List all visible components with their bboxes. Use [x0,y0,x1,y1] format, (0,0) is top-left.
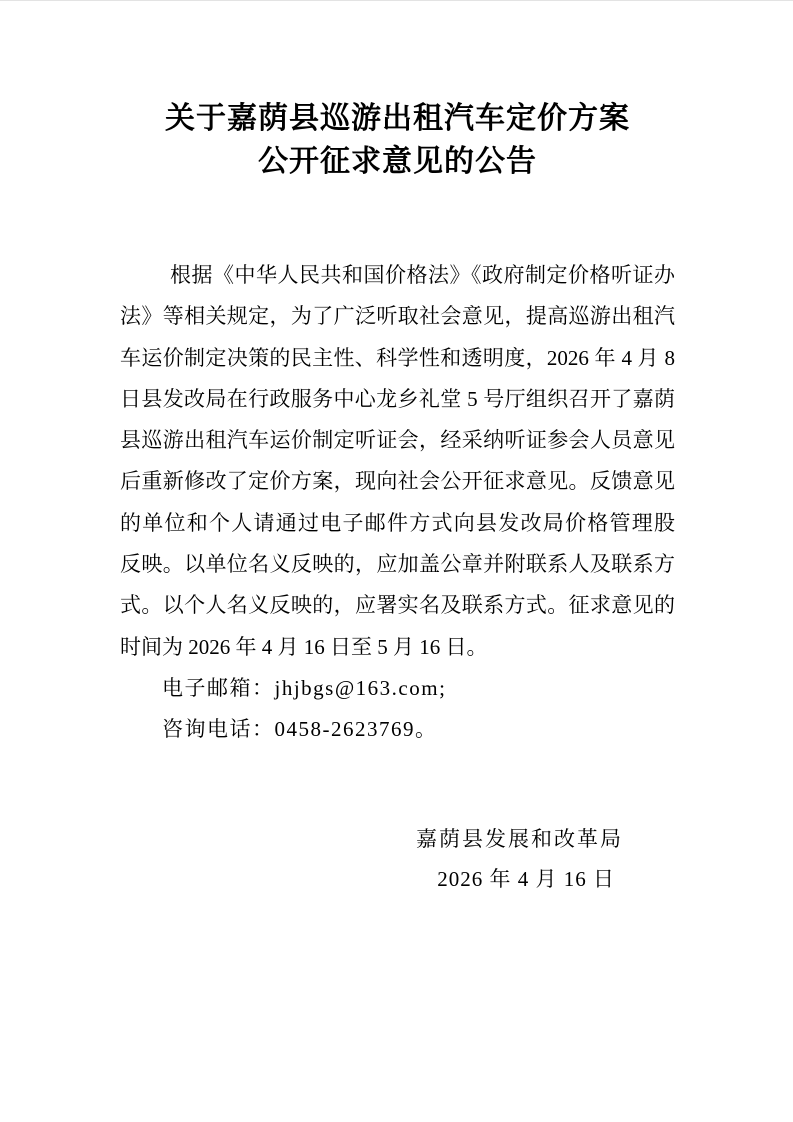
body-line-7: 的单位和个人请通过电子邮件方式向县发改局价格管理股 [120,503,675,544]
body-paragraph: 根据《中华人民共和国价格法》《政府制定价格听证办 法》等相关规定，为了广泛听取社… [120,255,675,668]
body-line-2: 法》等相关规定，为了广泛听取社会意见，提高巡游出租汽 [120,296,675,337]
body-line-8: 反映。以单位名义反映的，应加盖公章并附联系人及联系方 [120,544,675,585]
contact-block: 电子邮箱：jhjbgs@163.com; 咨询电话：0458-2623769。 [120,668,675,751]
body-line-10: 时间为 2026 年 4 月 16 日至 5 月 16 日。 [120,627,675,668]
body-line-9: 式。以个人名义反映的，应署实名及联系方式。征求意见的 [120,585,675,626]
signature-block: 嘉荫县发展和改革局 2026 年 4 月 16 日 [120,819,675,899]
title-line-2: 公开征求意见的公告 [120,140,675,183]
body-line-6: 后重新修改了定价方案，现向社会公开征求意见。反馈意见 [120,461,675,502]
signature-date: 2026 年 4 月 16 日 [120,859,675,899]
body-line-1: 根据《中华人民共和国价格法》《政府制定价格听证办 [120,255,675,296]
title-line-1: 关于嘉荫县巡游出租汽车定价方案 [120,97,675,140]
document-page: 关于嘉荫县巡游出租汽车定价方案 公开征求意见的公告 根据《中华人民共和国价格法》… [0,0,793,1122]
contact-email: 电子邮箱：jhjbgs@163.com; [120,668,675,709]
body-line-5: 县巡游出租汽车运价制定听证会，经采纳听证参会人员意见 [120,420,675,461]
signature-org: 嘉荫县发展和改革局 [120,819,675,859]
body-line-4: 日县发改局在行政服务中心龙乡礼堂 5 号厅组织召开了嘉荫 [120,379,675,420]
document-title: 关于嘉荫县巡游出租汽车定价方案 公开征求意见的公告 [120,97,675,183]
contact-phone: 咨询电话：0458-2623769。 [120,709,675,750]
body-line-3: 车运价制定决策的民主性、科学性和透明度，2026 年 4 月 8 [120,338,675,379]
